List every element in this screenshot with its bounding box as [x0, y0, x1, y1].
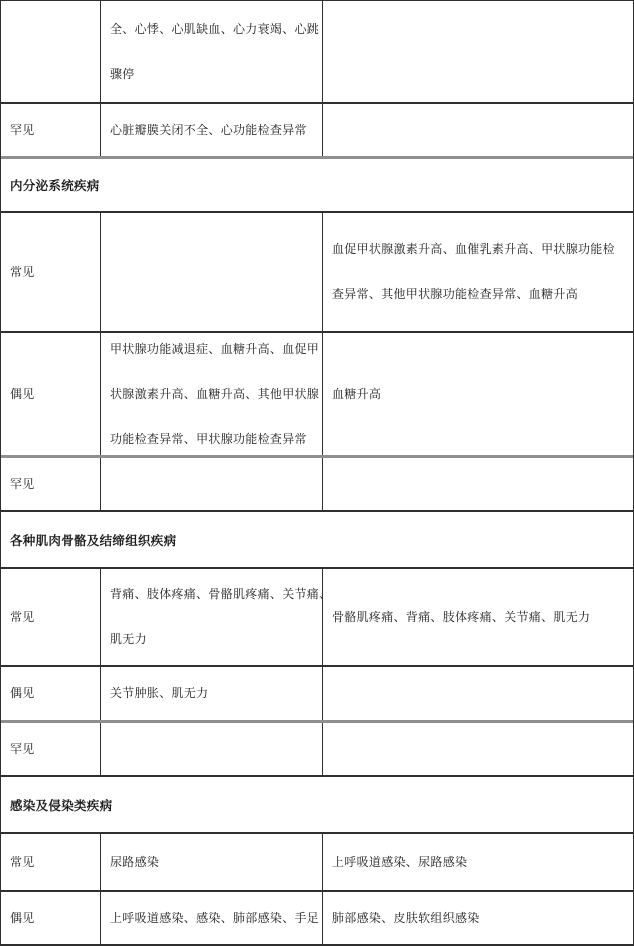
frequency-label: 常见: [10, 595, 96, 640]
table-row: 偶见 关节肿胀、肌无力: [1, 665, 633, 720]
reactions-col3-cell: 上呼吸道感染、尿路感染: [323, 834, 633, 890]
reactions-col3-cell: [323, 104, 633, 156]
section-row: 内分泌系统疾病: [1, 156, 633, 211]
reaction-text-line: 血促甲状腺激素升高、血催乳素升高、甲状腺功能检: [332, 227, 629, 272]
reactions-col3-cell: 血促甲状腺激素升高、血催乳素升高、甲状腺功能检 查异常、其他甲状腺功能检查异常、…: [323, 213, 633, 331]
section-title: 感染及侵染类疾病: [10, 796, 112, 814]
table-row: 常见 背痛、肢体疼痛、骨骼肌疼痛、关节痛、 肌无力 骨骼肌疼痛、背痛、肢体疼痛、…: [1, 567, 633, 665]
reaction-text-line: 查异常、其他甲状腺功能检查异常、血糖升高: [332, 272, 629, 317]
table-row: 偶见 甲状腺功能减退症、血糖升高、血促甲 状腺激素升高、血糖升高、其他甲状腺 功…: [1, 331, 633, 455]
reactions-col2-cell: 关节肿胀、肌无力: [101, 667, 323, 720]
section-row: 感染及侵染类疾病: [1, 775, 633, 832]
reactions-col2-cell: 心脏瓣膜关闭不全、心功能检查异常: [101, 104, 323, 156]
reactions-col2-cell: [101, 458, 323, 510]
table-row: 罕见: [1, 720, 633, 775]
reactions-col3-cell: 血糖升高: [323, 333, 633, 455]
reactions-col2-cell: [101, 213, 323, 331]
reaction-text-line: 尿路感染: [110, 840, 318, 885]
frequency-label: 常见: [10, 250, 96, 295]
frequency-cell: 偶见: [1, 892, 101, 944]
reactions-col3-cell: [323, 667, 633, 720]
frequency-cell: 常见: [1, 569, 101, 665]
reaction-text-line: 全、心悸、心肌缺血、心力衰竭、心跳: [110, 7, 318, 52]
reaction-text-line: 甲状腺功能减退症、血糖升高、血促甲: [110, 333, 318, 372]
frequency-label: 偶见: [10, 896, 96, 941]
reaction-text-line: 骨骼肌疼痛、背痛、肢体疼痛、关节痛、肌无力: [332, 595, 629, 640]
reactions-col3-cell: 肺部感染、皮肤软组织感染: [323, 892, 633, 944]
reactions-col3-cell: [323, 458, 633, 510]
frequency-cell: [1, 1, 101, 102]
reaction-text-line: 背痛、肢体疼痛、骨骼肌疼痛、关节痛、: [110, 572, 318, 617]
frequency-label: 偶见: [10, 372, 96, 417]
adverse-reactions-table: 全、心悸、心肌缺血、心力衰竭、心跳 骤停 罕见 心脏瓣膜关闭不全、心功能检查异常…: [0, 0, 634, 946]
frequency-label: 罕见: [10, 727, 96, 772]
reaction-text-line: 骤停: [110, 52, 318, 97]
section-title: 内分泌系统疾病: [10, 176, 100, 194]
frequency-label: 偶见: [10, 671, 96, 716]
reaction-text-line: 肌无力: [110, 617, 318, 662]
reactions-col2-cell: 上呼吸道感染、感染、肺部感染、手足: [101, 892, 323, 944]
frequency-cell: 罕见: [1, 458, 101, 510]
reactions-col2-cell: 尿路感染: [101, 834, 323, 890]
frequency-cell: 罕见: [1, 723, 101, 775]
frequency-label: 罕见: [10, 108, 96, 153]
reactions-col2-cell: [101, 723, 323, 775]
frequency-cell: 罕见: [1, 104, 101, 156]
reactions-col2-cell: 背痛、肢体疼痛、骨骼肌疼痛、关节痛、 肌无力: [101, 569, 323, 665]
table-row: 罕见: [1, 455, 633, 510]
table-row: 常见 血促甲状腺激素升高、血催乳素升高、甲状腺功能检 查异常、其他甲状腺功能检查…: [1, 211, 633, 331]
table-row: 常见 尿路感染 上呼吸道感染、尿路感染: [1, 832, 633, 890]
document-page: 全、心悸、心肌缺血、心力衰竭、心跳 骤停 罕见 心脏瓣膜关闭不全、心功能检查异常…: [0, 0, 634, 946]
reaction-text-line: 心脏瓣膜关闭不全、心功能检查异常: [110, 108, 318, 153]
table-row: 罕见 心脏瓣膜关闭不全、心功能检查异常: [1, 102, 633, 156]
reaction-text-line: 功能检查异常、甲状腺功能检查异常: [110, 417, 318, 456]
reaction-text-line: 状腺激素升高、血糖升高、其他甲状腺: [110, 372, 318, 417]
reaction-text-line: 关节肿胀、肌无力: [110, 671, 318, 716]
reactions-col3-cell: [323, 1, 633, 102]
reactions-col2-cell: 全、心悸、心肌缺血、心力衰竭、心跳 骤停: [101, 1, 323, 102]
frequency-label: 罕见: [10, 462, 96, 507]
reaction-text-line: 上呼吸道感染、尿路感染: [332, 840, 629, 885]
reactions-col3-cell: [323, 723, 633, 775]
reaction-text-line: 肺部感染、皮肤软组织感染: [332, 896, 629, 941]
reaction-text-line: 上呼吸道感染、感染、肺部感染、手足: [110, 896, 318, 941]
frequency-cell: 常见: [1, 213, 101, 331]
table-row: 偶见 上呼吸道感染、感染、肺部感染、手足 肺部感染、皮肤软组织感染: [1, 890, 633, 944]
frequency-cell: 偶见: [1, 667, 101, 720]
reaction-text-line: 血糖升高: [332, 372, 629, 417]
frequency-label: 常见: [10, 840, 96, 885]
section-row: 各种肌肉骨骼及结缔组织疾病: [1, 510, 633, 567]
reactions-col2-cell: 甲状腺功能减退症、血糖升高、血促甲 状腺激素升高、血糖升高、其他甲状腺 功能检查…: [101, 333, 323, 455]
frequency-cell: 常见: [1, 834, 101, 890]
frequency-cell: 偶见: [1, 333, 101, 455]
table-row: 全、心悸、心肌缺血、心力衰竭、心跳 骤停: [1, 1, 633, 102]
section-title: 各种肌肉骨骼及结缔组织疾病: [10, 531, 176, 549]
reactions-col3-cell: 骨骼肌疼痛、背痛、肢体疼痛、关节痛、肌无力: [323, 569, 633, 665]
